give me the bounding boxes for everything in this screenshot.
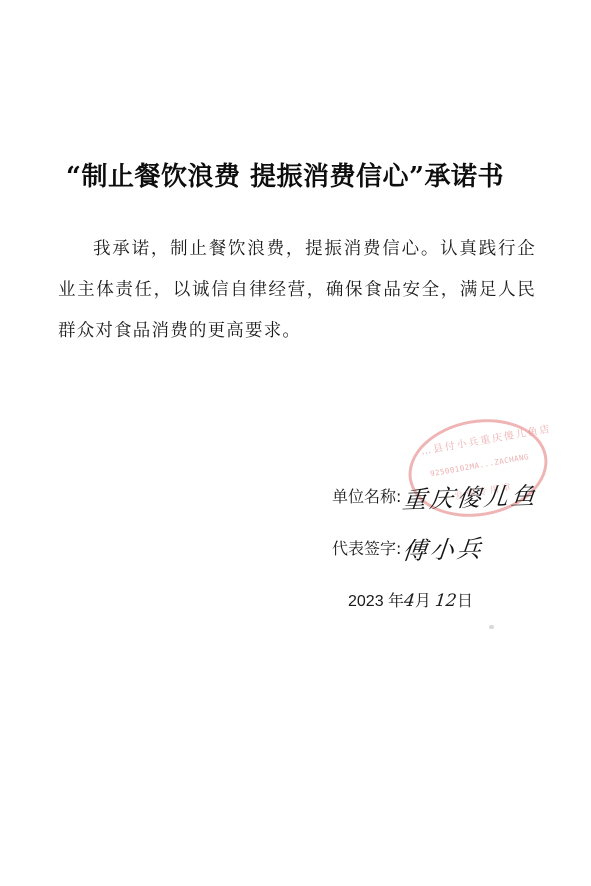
date-row: 2023 年4月 12日 xyxy=(348,588,473,611)
stamp-registration-code: 92500102MA...ZACHANG xyxy=(425,451,535,479)
unit-name-handwritten: 重庆傻儿鱼 xyxy=(401,476,540,516)
document-title: “制止餐饮浪费 提振消费信心”承诺书 xyxy=(66,160,546,194)
stamp-ring-text: …县付小兵重庆傻儿鱼店 xyxy=(420,424,531,458)
date-month-label: 月 xyxy=(415,593,431,610)
date-day-label: 日 xyxy=(457,593,473,610)
commitment-paragraph: 我承诺，制止餐饮浪费，提振消费信心。认真践行企业主体责任，以诚信自律经营，确保食… xyxy=(58,229,536,352)
representative-label: 代表签字: xyxy=(332,536,401,559)
scan-speck xyxy=(489,625,494,629)
representative-signature-row: 代表签字:傅小兵 xyxy=(332,530,484,565)
document-page: “制止餐饮浪费 提振消费信心”承诺书 我承诺，制止餐饮浪费，提振消费信心。认真践… xyxy=(0,0,591,886)
date-year: 2023 年 xyxy=(348,593,404,610)
date-day-handwritten: 12 xyxy=(434,591,458,611)
unit-name-row: 单位名称:重庆傻儿鱼 xyxy=(332,478,538,513)
date-month-handwritten: 4 xyxy=(403,591,416,611)
unit-name-label: 单位名称: xyxy=(332,484,401,507)
representative-signature: 傅小兵 xyxy=(401,529,486,567)
